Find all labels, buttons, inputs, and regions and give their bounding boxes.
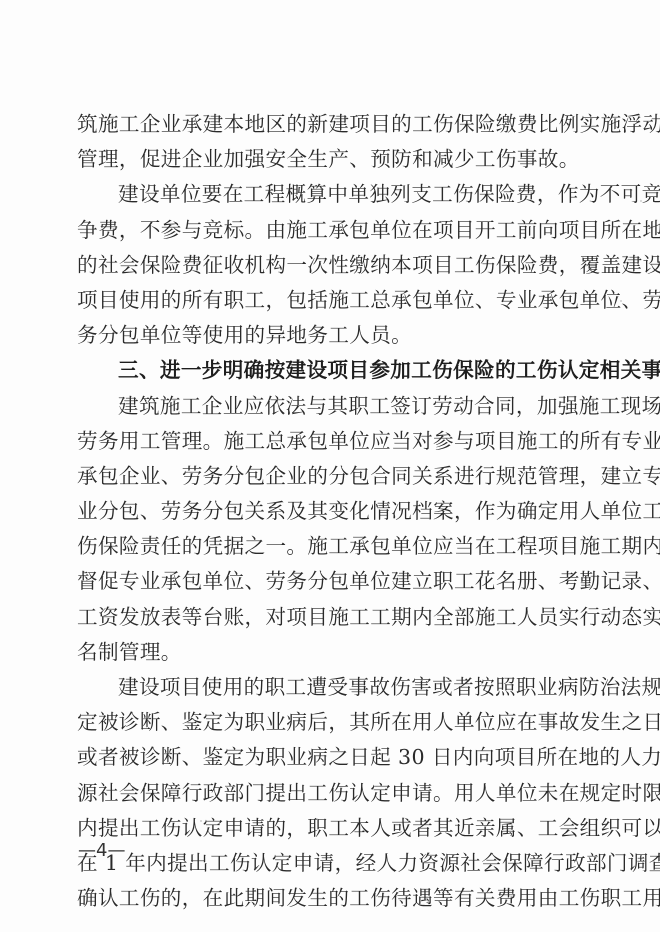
page-number: —4— xyxy=(78,840,125,861)
scan-speck xyxy=(640,200,642,202)
text-line: 业分包、劳务分包关系及其变化情况档案，作为确定用人单位工 xyxy=(77,494,577,529)
text-line: 伤保险责任的凭据之一。施工承包单位应当在工程项目施工期内 xyxy=(77,529,577,564)
text-line: 名制管理。 xyxy=(77,635,577,670)
section-heading: 三、进一步明确按建设项目参加工伤保险的工伤认定相关事项 xyxy=(77,353,577,388)
text-line: 管理，促进企业加强安全生产、预防和减少工伤事故。 xyxy=(77,142,577,177)
text-line: 争费，不参与竞标。由施工承包单位在项目开工前向项目所在地 xyxy=(77,213,577,248)
text-line: 督促专业承包单位、劳务分包单位建立职工花名册、考勤记录、 xyxy=(77,564,577,599)
document-page: 筑施工企业承建本地区的新建项目的工伤保险缴费比例实施浮动 管理，促进企业加强安全… xyxy=(0,0,660,932)
paragraph-start-line: 建设项目使用的职工遭受事故伤害或者按照职业病防治法规 xyxy=(77,670,577,705)
text-line: 工资发放表等台账，对项目施工工期内全部施工人员实行动态实 xyxy=(77,600,577,635)
text-line: 定被诊断、鉴定为职业病后，其所在用人单位应在事故发生之日 xyxy=(77,705,577,740)
text-line: 承包企业、劳务分包企业的分包合同关系进行规范管理，建立专 xyxy=(77,459,577,494)
body-text: 筑施工企业承建本地区的新建项目的工伤保险缴费比例实施浮动 管理，促进企业加强安全… xyxy=(77,107,577,916)
text-line: 的社会保险费征收机构一次性缴纳本项目工伤保险费，覆盖建设 xyxy=(77,248,577,283)
text-line: 源社会保障行政部门提出工伤认定申请。用人单位未在规定时限 xyxy=(77,776,577,811)
text-line: 在 1 年内提出工伤认定申请，经人力资源社会保障行政部门调查 xyxy=(77,846,577,881)
text-line: 内提出工伤认定申请的，职工本人或者其近亲属、工会组织可以 xyxy=(77,811,577,846)
paragraph-start-line: 建设单位要在工程概算中单独列支工伤保险费，作为不可竞 xyxy=(77,177,577,212)
scan-speck xyxy=(620,300,622,302)
paragraph-start-line: 建筑施工企业应依法与其职工签订劳动合同，加强施工现场 xyxy=(77,389,577,424)
text-line: 确认工伤的，在此期间发生的工伤待遇等有关费用由工伤职工用 xyxy=(77,881,577,916)
text-line: 劳务用工管理。施工总承包单位应当对参与项目施工的所有专业 xyxy=(77,424,577,459)
text-line: 项目使用的所有职工，包括施工总承包单位、专业承包单位、劳 xyxy=(77,283,577,318)
text-line: 或者被诊断、鉴定为职业病之日起 30 日内向项目所在地的人力资 xyxy=(77,740,577,775)
text-line: 务分包单位等使用的异地务工人员。 xyxy=(77,318,577,353)
text-line: 筑施工企业承建本地区的新建项目的工伤保险缴费比例实施浮动 xyxy=(77,107,577,142)
scan-speck xyxy=(200,820,202,822)
